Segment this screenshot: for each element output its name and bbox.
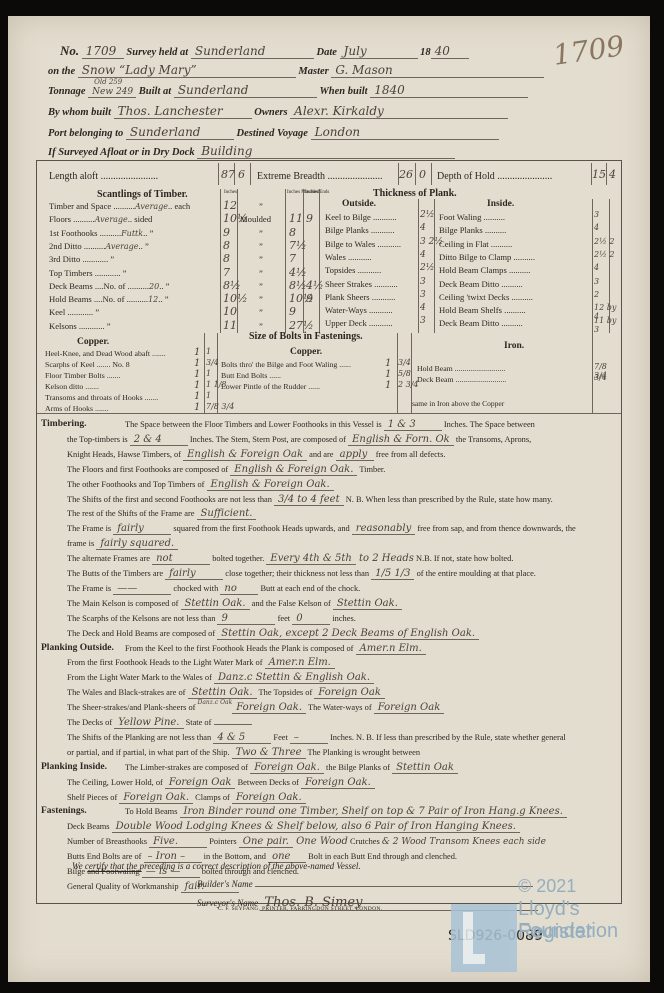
plank-outside-label: Bilge to Wales: [325, 239, 375, 249]
scantling-label: Hold Beams ....No. of: [49, 294, 124, 304]
scantling-label: Keel: [49, 307, 65, 317]
line-label: Number of Breasthooks: [67, 837, 149, 846]
sided-value: 8½: [223, 279, 241, 292]
watermark-copyright: © 2021: [518, 876, 576, 897]
copper-bolt-label: Floor Timber Bolts: [45, 371, 105, 380]
lr-logo: [451, 904, 517, 972]
copper-bolt-value: 1: [206, 369, 211, 378]
port-label: Port belonging to: [48, 128, 123, 139]
copper-bolt-row: Transoms and throats of Hooks .......: [45, 393, 158, 402]
line-after-2: Crutches: [348, 837, 382, 846]
line-after-2: of the entire moulding at that place.: [414, 569, 535, 578]
copper-mid-value: 3/4: [398, 358, 411, 367]
scantling-kind: each: [174, 201, 190, 211]
narrative-line: The Deck and Hold Beams are composed of …: [67, 628, 479, 640]
copper-bolt-value: 1: [206, 391, 211, 400]
copper-mid-label: Butt End Bolts: [221, 371, 267, 380]
line-after-2: Bolt in each Butt End through and clench…: [306, 852, 457, 861]
plank-outside-row: Upper Deck ...........: [325, 318, 393, 328]
copper-mid-title: Copper.: [290, 347, 322, 357]
ends-value: 4½: [306, 279, 324, 292]
copper-bolt-label: Scarphs of Keel: [45, 360, 95, 369]
scantling-note: Average: [105, 242, 138, 251]
line-value-2: reasonably: [352, 523, 415, 535]
copper-bolt-mark: 1: [194, 347, 200, 358]
copper-mid-row: Lower Pintle of the Rudder ......: [221, 382, 320, 391]
plank-outside-row: Bilge to Wales ...........: [325, 239, 401, 249]
line-value: English & Foreign Oak.: [230, 464, 357, 476]
copper-bolt-value: 1: [206, 347, 211, 356]
line-label: The Butts of the Timbers are: [67, 569, 165, 578]
ends-value: 9: [306, 292, 313, 305]
length-feet: 87: [221, 168, 235, 181]
survey-report-page: 1709 No. 1709 Survey held at Sunderland …: [8, 16, 650, 982]
ditto-mark: ”: [259, 201, 263, 211]
scantling-kind: ”: [145, 241, 149, 251]
line-value: 3/4 to 4 feet: [274, 494, 344, 506]
survey-held-value: Sunderland: [191, 44, 314, 59]
line-label: The Frame is: [67, 584, 113, 593]
ends-col-header: Inches Ends: [305, 190, 329, 195]
line-after: N. B. When less than prescribed by the R…: [344, 495, 553, 504]
tonnage-value: Old 259 New 249: [88, 87, 136, 98]
line-label: The rest of the Shifts of the Frame are: [67, 509, 197, 518]
depth-inches: 4: [609, 168, 616, 181]
sided-value: 9: [223, 226, 230, 239]
copper-bolt-mark: 1: [194, 380, 200, 391]
copper-left-title: Copper.: [77, 337, 109, 347]
scantling-note: 20: [149, 282, 159, 291]
line-after: The Planking is wrought: [306, 748, 393, 757]
plank-inside-label: Hold Beam Shelfs: [439, 305, 502, 315]
moulded-value: 7½: [289, 239, 307, 252]
iron-bolt-row: Hold Beam ..........................: [417, 364, 505, 373]
narrative-line: The other Foothooks and Top Timbers of E…: [67, 479, 334, 491]
plank-outside-value: 3: [420, 290, 426, 300]
builder-value: Thos. Lanchester: [114, 104, 252, 119]
plank-inside-row: Ditto Bilge to Clamp ..........: [439, 252, 535, 262]
scantling-label: 3rd Ditto: [49, 254, 80, 264]
narrative-line: Number of Breasthooks Five. Pointers One…: [67, 836, 546, 848]
line-value: fairly: [113, 523, 171, 535]
scantling-row: Deck Beams ....No. of ..........20.. ”: [49, 281, 169, 291]
moulded-label: Moulded: [240, 214, 271, 224]
plank-outside-value: 2½: [420, 210, 434, 220]
narrative-line: The Butts of the Timbers are fairly clos…: [67, 568, 536, 580]
line-label: The Sheer-strakes/and Plank-sheers of: [67, 703, 198, 712]
plank-inside-value: 2½ 2: [594, 250, 614, 259]
ditto-mark: ”: [259, 268, 263, 278]
iron-bolt-value: 3/4: [594, 373, 607, 382]
planking-outside-title: Planking Outside.: [41, 643, 114, 653]
line-value: ——: [113, 583, 171, 595]
line-value: 1 & 3: [384, 419, 442, 431]
line-after: Between Decks of: [235, 778, 301, 787]
scantling-label: Timber and Space: [49, 201, 111, 211]
line-label: The Shifts of the Planking are not less …: [67, 733, 213, 742]
line-value: Foreign Oak.: [232, 702, 306, 714]
narrative-line: The Frame is fairly squared from the fir…: [67, 523, 576, 535]
line-after-2: free from sap, and from thence downwards…: [415, 524, 575, 533]
line-after: and are: [307, 450, 336, 459]
length-inches: 6: [238, 168, 245, 181]
tonnage-old: Old 259: [94, 78, 122, 86]
master-value: G. Mason: [331, 63, 544, 78]
plank-outside-value: 4: [420, 303, 426, 313]
certification-text: We certify that the preceding is a corre…: [72, 861, 361, 871]
scantling-note: Average: [135, 202, 168, 211]
plank-inside-row: Deck Beam Ditto ..........: [439, 279, 523, 289]
line-after: Feet: [271, 733, 290, 742]
port-value: Sunderland: [126, 125, 234, 140]
scantling-label: Deck Beams ....No. of: [49, 281, 125, 291]
builder-name-label: Builder's Name: [197, 879, 253, 889]
built-at-value: Sunderland: [174, 83, 317, 98]
narrative-line: From the Keel to the first Foothook Head…: [125, 643, 426, 655]
plank-outside-value: 3: [420, 277, 426, 287]
line-value: English & Foreign Oak.: [207, 479, 334, 491]
line-after: Inches. The Space between: [442, 420, 535, 429]
narrative-line: The Decks of Yellow Pine. State of: [67, 717, 252, 729]
copper-bolt-mark: 1: [194, 402, 200, 413]
scantling-row: Timber and Space ..........Average.. eac…: [49, 201, 190, 211]
line-value: Stettin Oak, except 2 Deck Beams of Engl…: [217, 628, 479, 640]
moulded-value: 8½: [289, 279, 307, 292]
scantling-row: 3rd Ditto ............ ”: [49, 254, 114, 264]
copper-bolt-row: Arms of Hooks .......: [45, 404, 109, 413]
plank-outside-row: Bilge Planks ...........: [325, 225, 394, 235]
moulded-value: 8: [289, 226, 296, 239]
line-after: Inches. The Stem, Stern Post, are compos…: [188, 435, 348, 444]
line-after-2: the Transoms, Aprons,: [454, 435, 531, 444]
line-label: The Ceiling, Lower Hold, of: [67, 778, 165, 787]
plank-outside-label: Upper Deck: [325, 318, 367, 328]
line-label: From the first Foothook Heads to the Lig…: [67, 658, 265, 667]
line-after: and the False Kelson of: [250, 599, 333, 608]
narrative-line: frame is fairly squared.: [67, 538, 178, 550]
header-line-3: Tonnage Old 259 New 249 Built at Sunderl…: [48, 83, 528, 98]
header-line-1: No. 1709 Survey held at Sunderland Date …: [60, 43, 469, 59]
depth-feet: 15: [592, 168, 606, 181]
plank-inside-row: Ceiling 'twixt Decks ..........: [439, 292, 533, 302]
line-value: not: [152, 553, 210, 565]
line-after: State of: [184, 718, 214, 727]
line-value-2: no: [220, 583, 258, 595]
sided-value: 8: [223, 239, 230, 252]
line-label: The Deck and Hold Beams are composed of: [67, 629, 217, 638]
plank-outside-row: Topsides ...........: [325, 265, 381, 275]
scantling-kind: ”: [165, 294, 169, 304]
narrative-line: The Limber-strakes are composed of Forei…: [125, 762, 458, 774]
line-note: Danz.c Oak: [198, 699, 233, 706]
tonnage-new: New 249: [92, 87, 133, 97]
iron-bolt-label: Hold Beam: [417, 364, 453, 373]
iron-bolt-row: Deck Beam ..........................: [417, 375, 506, 384]
header-line-5: Port belonging to Sunderland Destined Vo…: [48, 125, 499, 140]
scantling-kind: ”: [166, 281, 170, 291]
scantling-row: 1st Foothooks ..........Futtk.. ”: [49, 228, 153, 238]
line-label: The Main Kelson is composed of: [67, 599, 181, 608]
line-value: Sufficient.: [197, 508, 257, 520]
ditto-mark: ”: [259, 228, 263, 238]
line-after-2: Butt at each end of the chock.: [258, 584, 360, 593]
line-value-2: English & Forn. Ok: [348, 434, 454, 446]
copper-bolt-label: Arms of Hooks: [45, 404, 93, 413]
same-in-iron-note: same in Iron above the Copper: [412, 399, 504, 408]
plank-outside-row: Sheer Strakes ...........: [325, 279, 398, 289]
plank-inside-value: 2: [594, 290, 599, 299]
when-built-value: 1840: [370, 83, 528, 98]
line-after-2: Inches. N. B. If less than prescribed by…: [328, 733, 566, 742]
scantling-row: Top Timbers ............ ”: [49, 268, 127, 278]
copper-mid-value: 2 3/4: [398, 380, 419, 389]
line-after: feet: [275, 614, 292, 623]
scantling-row: 2nd Ditto ..........Average.. ”: [49, 241, 149, 251]
line-label: The Limber-strakes are composed of: [125, 763, 250, 772]
plank-inside-label: Ditto Bilge to Clamp: [439, 252, 511, 262]
plank-inside-value: 11 by 3: [594, 316, 621, 334]
line-after: the Bilge Planks of: [324, 763, 392, 772]
sided-value: 10½: [223, 292, 248, 305]
breadth-inches: 0: [419, 168, 426, 181]
line-value-2: Foreign Oak: [314, 687, 385, 699]
iron-title: Iron.: [504, 341, 524, 351]
line-after: Clamps of: [193, 793, 232, 802]
depth-row: Depth of Hold ......................: [437, 171, 552, 182]
scantling-kind: ”: [95, 307, 99, 317]
line-after: in the Bottom, and: [202, 852, 269, 861]
sided-value: 8: [223, 252, 230, 265]
scantling-row: Kelsons ............ ”: [49, 321, 111, 331]
line-value-2: Foreign Oak: [374, 702, 445, 714]
line-value-3: One Wood: [293, 836, 348, 847]
built-at-label: Built at: [139, 86, 171, 97]
breadth-feet: 26: [399, 168, 413, 181]
afloat-value: Building: [197, 144, 455, 159]
scantling-kind: ”: [150, 228, 154, 238]
line-value: fairly: [165, 568, 223, 580]
line-value: Amer.n Elm.: [356, 643, 426, 655]
copper-bolt-value: 3/4: [206, 358, 219, 367]
narrative-line: The Floors and first Foothooks are compo…: [67, 464, 385, 476]
breadth-row: Extreme Breadth ......................: [257, 171, 383, 182]
copper-bolt-row: Floor Timber Bolts .......: [45, 371, 120, 380]
line-value-2: 1/5 1/3: [371, 568, 414, 580]
copper-bolt-mark: 1: [194, 369, 200, 380]
narrative-line: From the Light Water Mark to the Wales o…: [67, 672, 374, 684]
moulded-value: 9: [289, 305, 296, 318]
line-value: Stettin Oak.: [181, 598, 250, 610]
moulded-value: 27½: [289, 319, 314, 332]
narrative-line: From the first Foothook Heads to the Lig…: [67, 657, 335, 669]
copper-bolt-no: No. 8: [112, 360, 129, 369]
copper-bolt-mark: 1: [194, 358, 200, 369]
line-after-2: between: [392, 748, 420, 757]
line-value-2: Stettin Oak: [392, 762, 458, 774]
copper-bolt-row: Heel-Knee, and Dead Wood abaft .......: [45, 349, 166, 358]
breadth-label: Extreme Breadth: [257, 171, 325, 182]
copper-bolt-row: Kelson ditto .......: [45, 382, 99, 391]
line-value: Stettin Oak.: [188, 687, 257, 699]
scantling-row: Floors ..........Average.. sided: [49, 214, 152, 224]
narrative-line: The Sheer-strakes/and Plank-sheers of Da…: [67, 702, 444, 714]
plank-inside-row: Bilge Planks ..........: [439, 225, 506, 235]
plank-inside-value: 4: [594, 223, 599, 232]
scantling-label: Floors: [49, 214, 71, 224]
fastenings-title: Fastenings.: [41, 806, 87, 816]
scantling-label: Kelsons: [49, 321, 77, 331]
line-value: Two & Three: [232, 747, 306, 759]
ditto-mark: ”: [259, 307, 263, 317]
line-after-2: N.B. If not, state how bolted.: [414, 554, 514, 563]
line-value-2: Every 4th & 5th: [266, 553, 355, 565]
scantling-kind: sided: [134, 214, 152, 224]
plank-outside-label: Topsides: [325, 265, 355, 275]
line-after: Timber.: [357, 465, 385, 474]
line-value: Foreign Oak: [165, 777, 236, 789]
header-line-6: If Surveyed Afloat or in Dry Dock Buildi…: [48, 144, 455, 159]
copper-bolt-row: Scarphs of Keel ....... No. 8: [45, 360, 130, 369]
plank-inside-label: Hold Beam Clamps: [439, 265, 507, 275]
outside-title: Outside.: [342, 199, 376, 209]
plank-inside-label: Deck Beam Ditto: [439, 318, 499, 328]
plank-inside-value: 3: [594, 277, 599, 286]
sided-value: 11: [223, 319, 237, 332]
narrative-line: Deck Beams Double Wood Lodging Knees & S…: [67, 821, 520, 833]
ditto-mark: ”: [259, 254, 263, 264]
plank-inside-row: Hold Beam Shelfs ..........: [439, 305, 526, 315]
date-value: July: [340, 44, 418, 59]
ditto-mark: ”: [259, 281, 263, 291]
line-value: 9: [217, 613, 275, 625]
line-label: The Floors and first Foothooks are compo…: [67, 465, 230, 474]
line-value-2: apply: [336, 449, 374, 461]
copper-mid-mark: 1: [385, 358, 391, 369]
line-label: The other Foothooks and Top Timbers of: [67, 480, 207, 489]
line-value: Double Wood Lodging Knees & Shelf below,…: [112, 821, 520, 833]
line-after: squared from the first Foothook Heads up…: [171, 524, 352, 533]
header-line-4: By whom built Thos. Lanchester Owners Al…: [48, 104, 508, 119]
line-after-2: free from all defects.: [374, 450, 446, 459]
copper-mid-value: 5/8: [398, 369, 411, 378]
line-value-4: & 2 Wood Transom Knees each side: [382, 837, 546, 847]
plank-inside-value: 3: [594, 210, 599, 219]
line-label: The Scarphs of the Kelsons are not less …: [67, 614, 217, 623]
line-label: the Top-timbers is: [67, 435, 130, 444]
length-row: Length aloft .......................: [49, 171, 158, 182]
narrative-line: The Shifts of the first and second Footh…: [67, 494, 553, 506]
narrative-line: Shelf Pieces of Foreign Oak. Clamps of F…: [67, 792, 306, 804]
ditto-mark: ”: [259, 294, 263, 304]
plank-outside-label: Sheer Strakes: [325, 279, 372, 289]
afloat-label: If Surveyed Afloat or in Dry Dock: [48, 147, 195, 158]
survey-held-label: Survey held at: [126, 47, 188, 58]
on-the-label: on the: [48, 66, 75, 77]
length-label: Length aloft: [49, 171, 98, 182]
line-value: Amer.n Elm.: [265, 657, 335, 669]
copper-mid-mark: 1: [385, 380, 391, 391]
depth-label: Depth of Hold: [437, 171, 495, 182]
narrative-line: To Hold Beams Iron Binder round one Timb…: [125, 806, 567, 818]
copper-bolt-label: Heel-Knee, and Dead Wood abaft: [45, 349, 150, 358]
line-value-2: 0: [292, 613, 330, 625]
scantling-label: Top Timbers: [49, 268, 93, 278]
line-label: The Frame is: [67, 524, 113, 533]
scantling-row: Hold Beams ....No. of ..........12.. ”: [49, 294, 169, 304]
plank-inside-value: 4: [594, 263, 599, 272]
line-label: The Shifts of the first and second Footh…: [67, 495, 274, 504]
plank-inside-row: Deck Beam Ditto ..........: [439, 318, 523, 328]
line-value: 4 & 5: [213, 732, 271, 744]
narrative-line: The rest of the Shifts of the Frame are …: [67, 508, 256, 520]
narrative-line: The Ceiling, Lower Hold, of Foreign Oak …: [67, 777, 375, 789]
plank-outside-value: 4: [420, 250, 426, 260]
by-whom-label: By whom built: [48, 107, 111, 118]
line-label: or partial, and if partial, in what part…: [67, 748, 232, 757]
plank-outside-label: Water-Ways: [325, 305, 367, 315]
scantling-note: 12: [148, 295, 158, 304]
line-after: close together; their thickness not less…: [223, 569, 371, 578]
scantling-label: 2nd Ditto: [49, 241, 82, 251]
plank-inside-value: 2½ 2: [594, 237, 614, 246]
iron-bolt-label: Deck Beam: [417, 375, 454, 384]
when-built-label: When built: [319, 86, 367, 97]
copper-bolt-mark: 1: [194, 391, 200, 402]
line-value: Foreign Oak.: [119, 792, 193, 804]
copper-mid-row: Butt End Bolts ......: [221, 371, 281, 380]
line-value: Five.: [149, 836, 207, 848]
line-label: From the Light Water Mark to the Wales o…: [67, 673, 214, 682]
line-label: Butts End Bolts are of: [67, 852, 144, 861]
plank-title: Thickness of Plank.: [373, 188, 457, 199]
plank-outside-label: Bilge Planks: [325, 225, 369, 235]
watermark-line2: Foundation: [518, 920, 618, 943]
line-label: Knight Heads, Hawse Timbers, of: [67, 450, 183, 459]
line-label: Deck Beams: [67, 822, 112, 831]
ends-value: 9: [306, 212, 313, 225]
line-label: From the Keel to the first Foothook Head…: [125, 644, 356, 653]
line-label: To Hold Beams: [125, 807, 180, 816]
line-value-2: –: [290, 732, 328, 744]
line-after: The Water-ways of: [306, 703, 374, 712]
year-value: 40: [431, 44, 469, 59]
copper-bolt-label: Kelson ditto: [45, 382, 83, 391]
narrative-line: or partial, and if partial, in what part…: [67, 747, 420, 759]
master-label: Master: [298, 66, 328, 77]
line-label: The Decks of: [67, 718, 114, 727]
scantlings-title: Scantlings of Timber.: [97, 189, 188, 200]
narrative-line: The Main Kelson is composed of Stettin O…: [67, 598, 402, 610]
narrative-line: The Shifts of the Planking are not less …: [67, 732, 566, 744]
copper-bolt-value: 7/8 3/4: [206, 402, 234, 411]
timbering-title: Timbering.: [41, 419, 86, 429]
line-value: English & Foreign Oak: [183, 449, 307, 461]
planking-inside-title: Planking Inside.: [41, 762, 107, 772]
voyage-value: London: [311, 125, 499, 140]
line-value-2: Foreign Oak.: [301, 777, 375, 789]
moulded-value: 11: [289, 212, 303, 225]
plank-inside-label: Ceiling 'twixt Decks: [439, 292, 509, 302]
builder-name-row: Builder's Name: [197, 879, 533, 889]
ditto-mark: ”: [259, 321, 263, 331]
line-after-2: inches.: [330, 614, 356, 623]
scantling-note: Average: [95, 215, 128, 224]
narrative-line: the Top-timbers is 2 & 4 Inches. The Ste…: [67, 434, 531, 446]
inside-title: Inside.: [487, 199, 514, 209]
sided-value: 12: [223, 199, 237, 212]
scantling-kind: ”: [110, 254, 114, 264]
printer-imprint: C. F. SEYFANG, PRINTER, FARRINGDON STREE…: [218, 906, 382, 912]
